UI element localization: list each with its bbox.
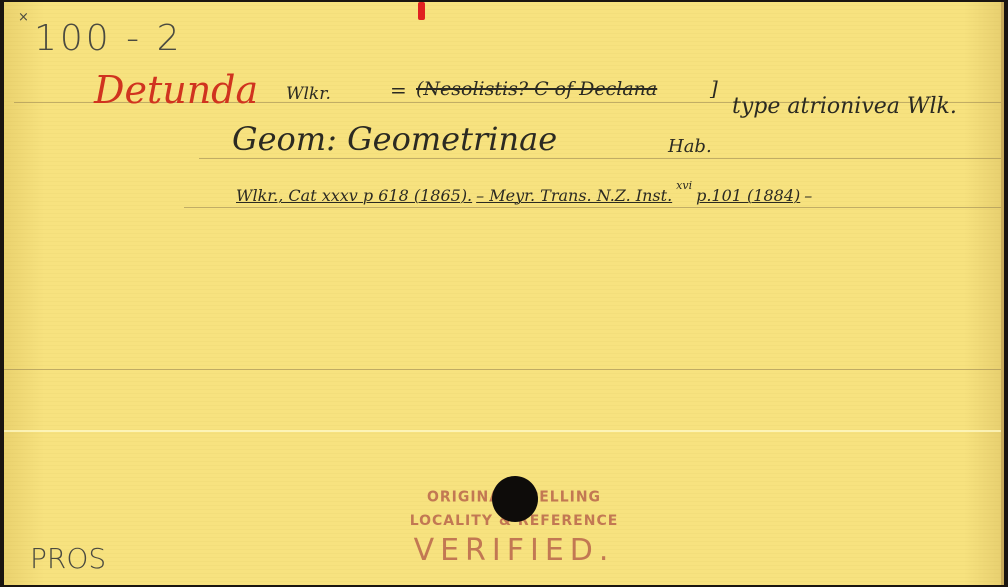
equals-sign: = — [390, 78, 407, 102]
type-note: type atrionivea Wlk. — [732, 94, 957, 119]
region-note: Hab. — [668, 136, 712, 157]
reference-dash: – — [804, 186, 812, 205]
rule-line — [4, 369, 1004, 370]
rule-line — [184, 207, 1004, 208]
genus-name: Detunda — [94, 68, 258, 112]
bottom-note: PROS — [30, 542, 106, 575]
card-number: 100 - 2 — [34, 18, 183, 59]
reference-meyrick: – Meyr. Trans. N.Z. Inst. — [476, 186, 672, 205]
struck-synonym: (Nesolistis? C of Declana — [416, 78, 657, 100]
bracket-close: ] — [710, 76, 718, 100]
reference-page: p.101 (1884) — [696, 186, 800, 205]
rule-line — [199, 158, 1004, 159]
stamp-line-3: VERIFIED. — [404, 533, 624, 568]
references-line: Wlkr., Cat xxxv p 618 (1865). – Meyr. Tr… — [236, 186, 812, 206]
family-name: Geom: Geometrinae — [232, 120, 557, 158]
red-tab-mark — [418, 2, 425, 20]
reference-walker: Wlkr., Cat xxxv p 618 (1865). — [236, 186, 472, 205]
corner-mark: × — [18, 10, 29, 25]
punch-hole — [492, 476, 538, 522]
index-card: × 100 - 2 Detunda Wlkr. = (Nesolistis? C… — [4, 2, 1004, 585]
rule-highlight — [4, 430, 1004, 432]
author: Wlkr. — [286, 84, 331, 104]
volume-superscript: xvi — [676, 179, 692, 192]
